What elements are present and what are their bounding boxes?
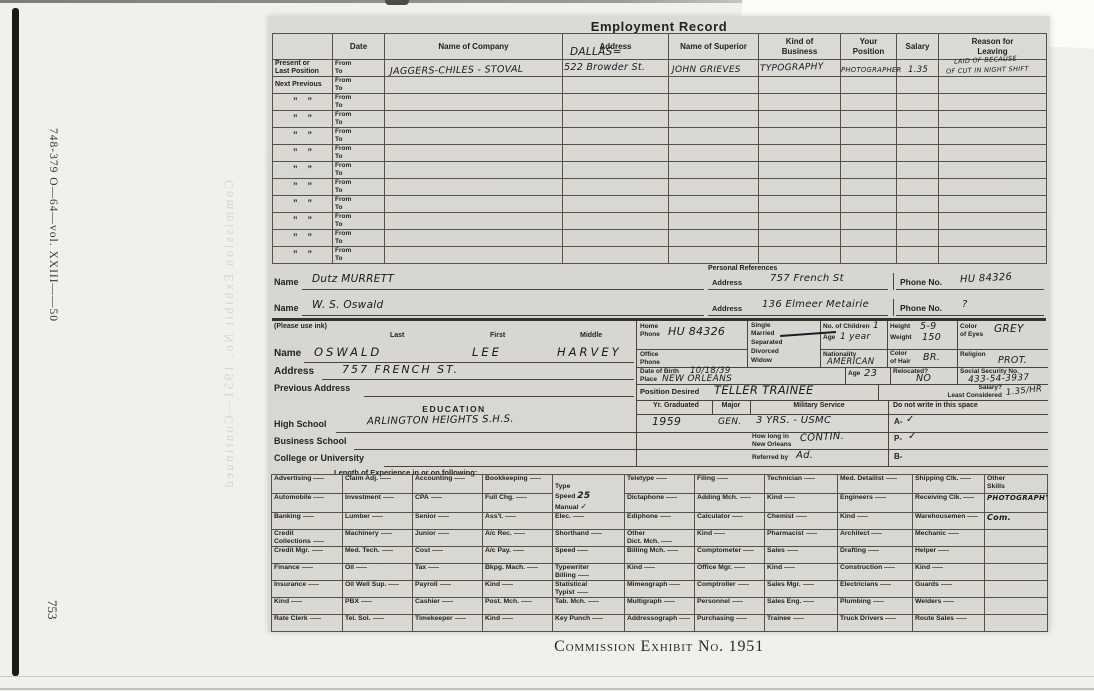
- empty-cell: [669, 196, 759, 213]
- hw-name-middle: HARVEY: [557, 345, 622, 359]
- empty-cell: [939, 111, 1047, 128]
- from-label: From: [335, 213, 382, 221]
- col-header-reason: Reason for Leaving: [939, 34, 1047, 60]
- empty-cell: [939, 213, 1047, 230]
- empty-cell: [939, 128, 1047, 145]
- experience-row: Insurance Oil Well Sup. Payroll Kind Sta…: [272, 580, 1048, 597]
- experience-cell: Typewriter Billing: [555, 564, 589, 579]
- hw-name-first: LEE: [472, 345, 502, 359]
- empty-cell: [563, 128, 669, 145]
- mark-b-label: B-: [894, 452, 902, 461]
- to-label: To: [335, 238, 382, 246]
- empty-cell: [841, 111, 897, 128]
- col-header-kind: Kind of Business: [759, 34, 841, 60]
- row-label-ditto: ” ”: [273, 230, 333, 247]
- experience-cell: Purchasing: [697, 615, 747, 622]
- volume-code: 748-379 O—64—vol. XXIII——50: [47, 128, 59, 322]
- hs-row-line: [336, 432, 1048, 433]
- mark-p-label: P-: [894, 434, 902, 443]
- experience-row: Credit Mgr. Med. Tech. Cost A/c Pay. Spe…: [272, 546, 1048, 563]
- row-label-ditto: ” ”: [273, 179, 333, 196]
- col-header-blank: [273, 34, 333, 60]
- experience-cell: Payroll: [415, 581, 451, 588]
- hw-nationality: AMERICAN: [827, 357, 874, 367]
- empty-cell: [939, 230, 1047, 247]
- experience-cell: Ediphone: [627, 513, 671, 520]
- from-to-cell: From To: [333, 230, 385, 247]
- exhibit-caption: Commission Exhibit No. 1951: [268, 638, 1050, 656]
- employment-row-ditto: ” ” From To: [273, 145, 1047, 162]
- experience-cell: PBX: [345, 598, 372, 605]
- experience-cell: Engineers: [840, 494, 886, 501]
- experience-cell: Dictaphone: [627, 494, 677, 501]
- experience-row: Kind PBX Cashier Post. Mch. Tab. Mch. Mu…: [272, 597, 1048, 614]
- row-label-ditto: ” ”: [273, 247, 333, 264]
- experience-row: Finance Oil Tax Bkpg. Mach. Typewriter B…: [272, 563, 1048, 580]
- hw-salary-least: 1.35/HR: [1006, 384, 1043, 398]
- hw-reference-phone-1: HU 84326: [960, 272, 1013, 286]
- experience-cell: Kind: [274, 598, 302, 605]
- previous-address-line: [364, 396, 634, 397]
- hw-mark-a: ✓: [906, 414, 915, 425]
- empty-cell: [563, 213, 669, 230]
- experience-cell: Lumber: [345, 513, 383, 520]
- empty-cell: [669, 77, 759, 94]
- home-phone-label: Home Phone: [640, 323, 660, 339]
- empty-cell: [385, 247, 563, 264]
- birthplace-label: Place: [640, 376, 657, 384]
- to-label: To: [335, 68, 382, 76]
- experience-cell: Teletype: [627, 475, 667, 482]
- empty-cell: [669, 60, 759, 77]
- employment-row-next-previous: Next Previous From To: [273, 77, 1047, 94]
- experience-cell: Rate Clerk: [274, 615, 321, 622]
- from-label: From: [335, 145, 382, 153]
- to-label: To: [335, 255, 382, 263]
- empty-cell: [841, 77, 897, 94]
- type-manual-label: Manual: [555, 504, 578, 511]
- mark-a-label: A-: [894, 417, 902, 426]
- row-label-ditto: ” ”: [273, 213, 333, 230]
- experience-cell: Kind: [485, 615, 513, 622]
- ref-address-line-1: [708, 289, 888, 290]
- children-label: No. of Children: [823, 323, 870, 331]
- hw-major: GEN.: [718, 417, 741, 427]
- col-header-company: Name of Company: [385, 34, 563, 60]
- to-label: To: [335, 170, 382, 178]
- experience-cell: Kind: [767, 494, 795, 501]
- hw-age: 23: [864, 368, 877, 379]
- empty-cell: [841, 162, 897, 179]
- high-school-label: High School: [274, 419, 327, 429]
- hw-how-long: CONTIN.: [800, 431, 845, 444]
- to-label: To: [335, 153, 382, 161]
- employment-row-ditto: ” ” From To: [273, 94, 1047, 111]
- empty-cell: [563, 196, 669, 213]
- experience-cell: Kind: [915, 564, 943, 571]
- experience-row: Automobile Investment CPA Full Chg. Dict…: [272, 493, 1048, 512]
- religion-label: Religion: [960, 351, 986, 359]
- empty-cell: [897, 230, 939, 247]
- empty-cell: [759, 94, 841, 111]
- experience-cell: Oil: [345, 564, 367, 571]
- empty-cell: [759, 162, 841, 179]
- empty-cell: [563, 162, 669, 179]
- hw-applicant-address: 757 FRENCH ST.: [342, 363, 459, 376]
- page-bottom-line-2: [0, 688, 1094, 690]
- address-label: Address: [712, 304, 742, 313]
- hw-reference-phone-2: ?: [962, 299, 968, 310]
- grid-line: [636, 414, 1048, 415]
- grid-line: [636, 349, 747, 350]
- experience-cell: Investment: [345, 494, 394, 501]
- name-label: Name: [274, 303, 299, 313]
- salary-least-label: Salary? Least Considered: [912, 384, 1002, 400]
- empty-cell: [669, 230, 759, 247]
- experience-cell: Advertising: [274, 475, 324, 482]
- ref-separator-1: [893, 273, 894, 290]
- college-row-line: [384, 466, 1048, 467]
- empty-cell: [841, 60, 897, 77]
- from-label: From: [335, 128, 382, 136]
- ref-name-line-2: [302, 315, 704, 316]
- empty-cell: [669, 247, 759, 264]
- experience-cell: Mechanic: [915, 530, 959, 537]
- from-to-cell: From To: [333, 196, 385, 213]
- empty-cell: [759, 213, 841, 230]
- from-to-cell: From To: [333, 247, 385, 264]
- grid-line: [878, 384, 879, 400]
- hw-reference-address-1: 757 French St: [770, 273, 844, 284]
- marital-married-label: Married: [751, 330, 774, 338]
- grid-line: [957, 321, 958, 384]
- hw-other-skill-2: Com.: [987, 513, 1011, 522]
- experience-row: Credit Collections Machinery Junior A/c …: [272, 529, 1048, 546]
- hw-year-graduated: 1959: [652, 415, 681, 428]
- applicant-name-label: Name: [274, 348, 301, 359]
- hair-label: Color of Hair: [890, 350, 911, 366]
- grid-line: [888, 400, 889, 466]
- to-label: To: [335, 102, 382, 110]
- middle-label: Middle: [580, 332, 602, 339]
- empty-cell: [897, 162, 939, 179]
- experience-cell: Banking: [274, 513, 314, 520]
- col-header-salary: Salary: [897, 34, 939, 60]
- from-to-cell: From To: [333, 60, 385, 77]
- eyes-label: Color of Eyes: [960, 323, 983, 339]
- experience-cell: Med. Tech.: [345, 547, 393, 554]
- other-skills-header: Other Skills: [987, 475, 1005, 490]
- experience-cell: Trainee: [767, 615, 804, 622]
- empty-cell: [385, 213, 563, 230]
- from-label: From: [335, 111, 382, 119]
- first-label: First: [490, 332, 505, 339]
- from-label: From: [335, 179, 382, 187]
- hw-reference-name-1: Dutz MURRETT: [312, 273, 394, 285]
- experience-row: Banking Lumber Senior Ass't. Elec. Ediph…: [272, 512, 1048, 529]
- hw-position-desired: TELLER TRAINEE: [714, 383, 814, 397]
- referred-by-label: Referred by: [752, 454, 788, 462]
- grid-line: [845, 367, 846, 384]
- experience-grid-wrap: Advertising Claim Adj. Accounting Bookke…: [271, 474, 1048, 632]
- experience-cell: Welders: [915, 598, 954, 605]
- phone-label: Phone No.: [900, 277, 942, 287]
- bleed-through-text: Commission Exhibit No. 1951—Continued: [222, 180, 237, 510]
- yr-graduated-header: Yr. Graduated: [640, 402, 712, 409]
- employment-table-wrap: Date Name of Company Address Name of Sup…: [272, 33, 1047, 264]
- experience-cell: Kind: [485, 581, 513, 588]
- col-header-superior: Name of Superior: [669, 34, 759, 60]
- experience-cell: Tax: [415, 564, 439, 571]
- experience-cell: Claim Adj.: [345, 475, 391, 482]
- empty-cell: [563, 230, 669, 247]
- grid-line: [636, 400, 1048, 401]
- previous-address-label: Previous Address: [274, 383, 350, 393]
- empty-cell: [897, 247, 939, 264]
- empty-cell: [897, 94, 939, 111]
- experience-cell: Route Sales: [915, 615, 967, 622]
- hw-other-skill-1: PHOTOGRAPHY: [987, 494, 1048, 502]
- education-header: EDUCATION: [272, 404, 636, 414]
- grid-line: [887, 321, 888, 367]
- empty-cell: [669, 162, 759, 179]
- empty-cell: [897, 179, 939, 196]
- empty-cell: [385, 94, 563, 111]
- experience-cell: Technician: [767, 475, 815, 482]
- experience-cell: Addressograph: [627, 615, 690, 622]
- from-to-cell: From To: [333, 128, 385, 145]
- experience-cell: Tab. Mch.: [555, 598, 599, 605]
- empty-cell: [897, 213, 939, 230]
- hw-children-age: 1 year: [840, 332, 870, 342]
- empty-cell: [669, 94, 759, 111]
- experience-cell: Tel. Sol.: [345, 615, 384, 622]
- to-label: To: [335, 119, 382, 127]
- grid-line: [747, 321, 748, 367]
- experience-cell: Sales Eng.: [767, 598, 814, 605]
- experience-cell: Billing Mch.: [627, 547, 678, 554]
- experience-cell: Cost: [415, 547, 443, 554]
- from-to-cell: From To: [333, 162, 385, 179]
- hw-home-phone: HU 84326: [668, 325, 725, 338]
- experience-cell: Calculator: [697, 513, 743, 520]
- from-to-cell: From To: [333, 94, 385, 111]
- col-header-position: Your Position: [841, 34, 897, 60]
- experience-cell: Finance: [274, 564, 313, 571]
- experience-cell: Drafting: [840, 547, 879, 554]
- experience-cell: Helper: [915, 547, 949, 554]
- experience-cell: Senior: [415, 513, 449, 520]
- empty-cell: [939, 196, 1047, 213]
- binding-strip: [12, 8, 19, 676]
- empty-cell: [939, 77, 1047, 94]
- experience-cell: Full Chg.: [485, 494, 527, 501]
- do-not-write-header: Do not write in this space: [893, 402, 978, 409]
- business-school-label: Business School: [274, 436, 347, 446]
- experience-cell: Electricians: [840, 581, 891, 588]
- from-to-cell: From To: [333, 145, 385, 162]
- empty-cell: [385, 128, 563, 145]
- employment-record-form: Employment Record Date Name of Company A…: [268, 16, 1050, 632]
- marital-divorced-label: Divorced: [751, 348, 779, 356]
- empty-cell: [841, 94, 897, 111]
- college-label: College or University: [274, 453, 364, 463]
- empty-cell: [939, 247, 1047, 264]
- experience-row: Rate Clerk Tel. Sol. Timekeeper Kind Key…: [272, 614, 1048, 631]
- empty-cell: [897, 128, 939, 145]
- experience-cell: Chemist: [767, 513, 807, 520]
- col-header-date: Date: [333, 34, 385, 60]
- employment-row-ditto: ” ” From To: [273, 230, 1047, 247]
- experience-cell: Med. Detailist: [840, 475, 897, 482]
- experience-cell: Elec.: [555, 513, 584, 520]
- scanned-page: { "page": { "left_margin_code": "748-379…: [0, 0, 1094, 691]
- experience-cell: Accounting: [415, 475, 465, 482]
- marital-single-label: Single: [751, 322, 771, 330]
- experience-cell: Junior: [415, 530, 449, 537]
- employment-row-ditto: ” ” From To: [273, 162, 1047, 179]
- empty-cell: [669, 213, 759, 230]
- marital-widow-label: Widow: [751, 357, 772, 365]
- hw-weight: 150: [922, 332, 941, 343]
- type-speed-label: Speed: [555, 493, 575, 500]
- experience-cell: CPA: [415, 494, 442, 501]
- experience-cell: Personnel: [697, 598, 743, 605]
- experience-cell: Receiving Clk.: [915, 494, 974, 501]
- experience-cell: Timekeeper: [415, 615, 466, 622]
- empty-cell: [759, 145, 841, 162]
- experience-cell: Warehousemen: [915, 513, 978, 520]
- grid-line: [890, 367, 891, 384]
- empty-cell: [385, 162, 563, 179]
- to-label: To: [335, 136, 382, 144]
- marital-separated-label: Separated: [751, 339, 782, 347]
- empty-cell: [759, 77, 841, 94]
- empty-cell: [669, 111, 759, 128]
- hw-mark-p: ✓: [908, 431, 917, 442]
- page-bottom-line-1: [0, 676, 1094, 677]
- row-label-ditto: ” ”: [273, 196, 333, 213]
- row-label: Present or Last Position: [273, 60, 333, 77]
- from-label: From: [335, 230, 382, 238]
- hw-type-speed: 25: [577, 491, 590, 501]
- from-to-cell: From To: [333, 179, 385, 196]
- experience-cell: Credit Collections: [274, 530, 324, 545]
- weight-label: Weight: [890, 334, 912, 342]
- experience-cell: Comptometer: [697, 547, 754, 554]
- from-label: From: [335, 60, 382, 68]
- hw-hair: BR.: [923, 352, 940, 363]
- experience-cell: Bkpg. Mach.: [485, 564, 538, 571]
- employment-row-ditto: ” ” From To: [273, 128, 1047, 145]
- employment-row-ditto: ” ” From To: [273, 213, 1047, 230]
- from-to-cell: From To: [333, 111, 385, 128]
- page-number: 753: [44, 600, 60, 620]
- experience-cell: Multigraph: [627, 598, 675, 605]
- address-write-line: [322, 379, 634, 380]
- empty-cell: [897, 77, 939, 94]
- employment-row-ditto: ” ” From To: [273, 196, 1047, 213]
- experience-grid: Advertising Claim Adj. Accounting Bookke…: [271, 474, 1048, 632]
- empty-cell: [897, 60, 939, 77]
- experience-cell: Architect: [840, 530, 882, 537]
- how-long-label: How long in New Orleans: [752, 433, 791, 449]
- row-label-ditto: ” ”: [273, 145, 333, 162]
- empty-cell: [385, 145, 563, 162]
- empty-cell: [385, 77, 563, 94]
- col-header-address: Address: [563, 34, 669, 60]
- empty-cell: [939, 179, 1047, 196]
- hw-referred-by: Ad.: [796, 450, 813, 461]
- empty-cell: [669, 179, 759, 196]
- age-label: Age: [848, 370, 860, 378]
- hw-relocated: NO: [916, 373, 931, 384]
- experience-cell: Mimeograph: [627, 581, 680, 588]
- empty-cell: [939, 162, 1047, 179]
- experience-cell: Machinery: [345, 530, 392, 537]
- experience-cell: Shorthand: [555, 530, 602, 537]
- employment-header-row: Date Name of Company Address Name of Sup…: [273, 34, 1047, 60]
- experience-cell: Truck Drivers: [840, 615, 896, 622]
- empty-cell: [841, 230, 897, 247]
- form-title: Employment Record: [268, 19, 1050, 34]
- ref-name-line-1: [302, 289, 704, 290]
- phone-label: Phone No.: [900, 303, 942, 313]
- from-to-cell: From To: [333, 77, 385, 94]
- experience-cell: Post. Mch.: [485, 598, 532, 605]
- empty-cell: [385, 230, 563, 247]
- empty-cell: [563, 94, 669, 111]
- children-age-label: Age: [823, 334, 835, 342]
- experience-cell: Statistical Typist: [555, 581, 588, 596]
- from-to-cell: From To: [333, 213, 385, 230]
- empty-cell: [897, 145, 939, 162]
- empty-cell: [939, 145, 1047, 162]
- experience-cell: Ass't.: [485, 513, 516, 520]
- experience-cell: Sales: [767, 547, 798, 554]
- empty-cell: [385, 179, 563, 196]
- application-section: (Please use ink) Last First Middle Name …: [272, 321, 1048, 474]
- empty-cell: [759, 230, 841, 247]
- employment-row-ditto: ” ” From To: [273, 247, 1047, 264]
- applicant-address-label: Address: [274, 366, 314, 377]
- empty-cell: [939, 60, 1047, 77]
- from-label: From: [335, 94, 382, 102]
- empty-cell: [563, 179, 669, 196]
- experience-cell: Bookkeeping: [485, 475, 541, 482]
- experience-cell: Construction: [840, 564, 895, 571]
- from-label: From: [335, 247, 382, 255]
- from-label: From: [335, 196, 382, 204]
- major-header: Major: [712, 402, 750, 409]
- experience-cell: Guards: [915, 581, 952, 588]
- hw-religion: PROT.: [998, 355, 1027, 366]
- experience-cell: Kind: [840, 513, 868, 520]
- ref-separator-2: [893, 299, 894, 316]
- height-label: Height: [890, 323, 910, 331]
- hw-reference-address-2: 136 Elmeer Metairie: [762, 299, 869, 310]
- military-service-header: Military Service: [750, 402, 888, 409]
- hw-height: 5-9: [920, 321, 936, 332]
- position-desired-label: Position Desired: [640, 387, 699, 396]
- type-speed-manual-cell: Type Speed 25 Manual ✓: [553, 475, 625, 513]
- empty-cell: [385, 196, 563, 213]
- empty-cell: [841, 213, 897, 230]
- ref-address-line-2: [708, 315, 888, 316]
- to-label: To: [335, 187, 382, 195]
- page-top-notch: [385, 0, 409, 5]
- row-label-ditto: ” ”: [273, 128, 333, 145]
